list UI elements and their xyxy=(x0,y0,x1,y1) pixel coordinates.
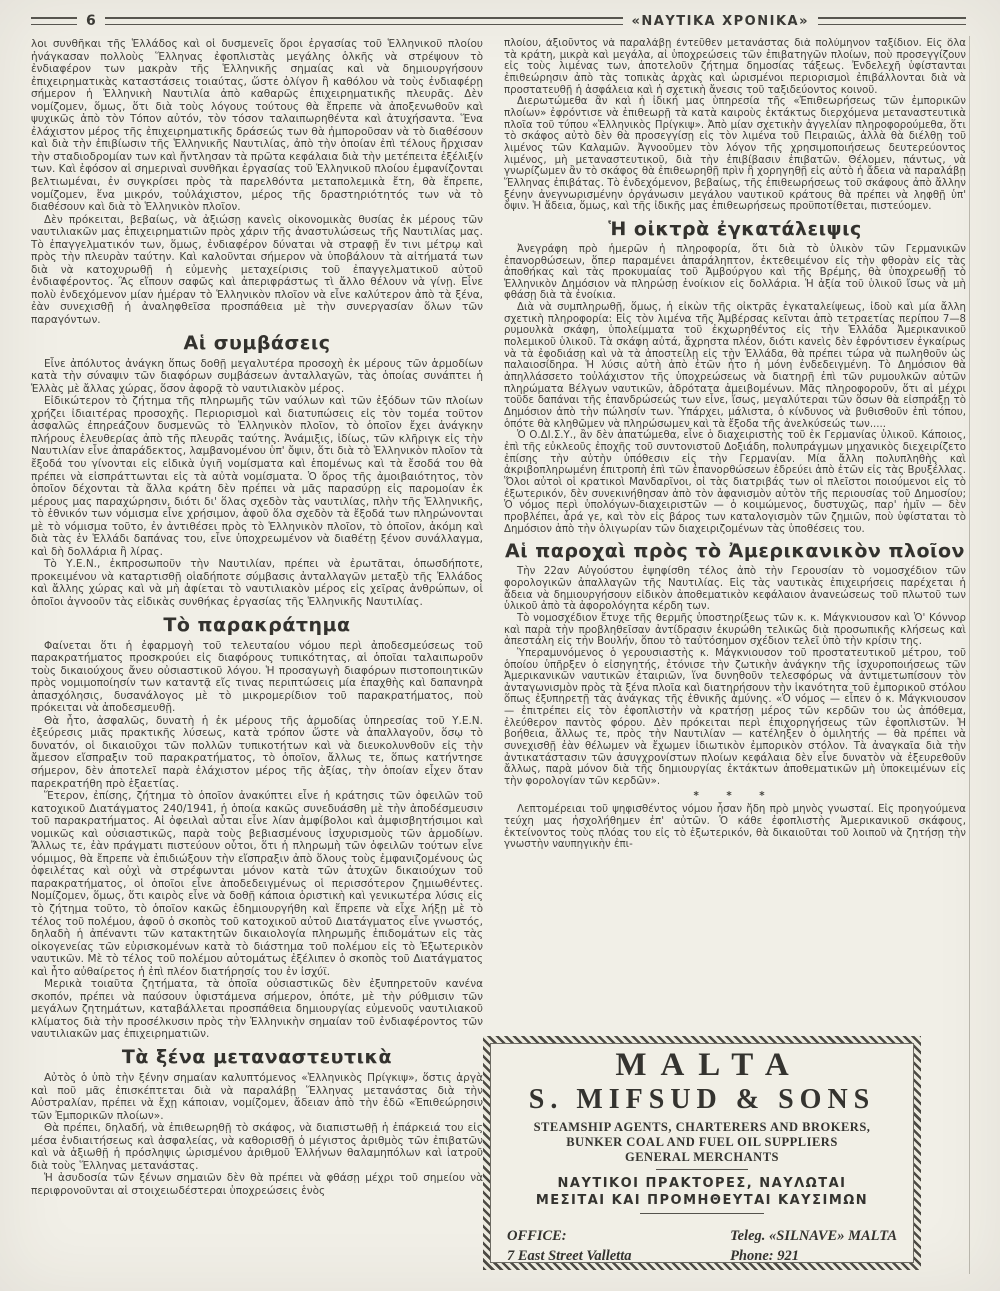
paragraph: λοι συνθῆκαι τῆς Ἑλλάδος καὶ οἱ δυσμενεῖ… xyxy=(31,38,483,214)
heading-ai-symvaseis: Αἱ συμβάσεις xyxy=(31,333,483,354)
paragraph: Θὰ ἦτο, ἀσφαλῶς, δυνατὴ ἡ ἐκ μέρους τῆς … xyxy=(31,715,483,790)
paragraph: Θὰ πρέπει, δηλαδή, νὰ ἐπιθεωρηθῇ τὸ σκάφ… xyxy=(31,1122,483,1172)
page-number: 6 xyxy=(86,13,96,29)
paragraph: Τὸ νομοσχέδιον ἔτυχε τῆς θερμῆς ὑποστηρί… xyxy=(504,613,966,648)
article-continuation-text: λοι συνθῆκαι τῆς Ἑλλάδος καὶ οἱ δυσμενεῖ… xyxy=(31,38,483,327)
ad-english-line: GENERAL MERCHANTS xyxy=(491,1150,913,1165)
ad-telegram-phone-block: Teleg. «SILNAVE» MALTA Phone: 921 xyxy=(730,1226,897,1266)
section-symvaseis-text: Εἶνε ἀπόλυτος ἀνάγκη ὅπως δοθῇ μεγαλυτέρ… xyxy=(31,358,483,609)
metanasteftika-continuation-text: πλοίου, ἀξιοῦντος νὰ παραλάβῃ ἐντεῦθεν μ… xyxy=(504,38,966,213)
paragraph: Ἕτερον, ἐπίσης, ζήτημα τὸ ὁποῖον ἀνακύπτ… xyxy=(31,790,483,978)
page-header: 6 «ΝΑΥΤΙΚΑ ΧΡΟΝΙΚΑ» xyxy=(31,13,966,29)
paragraph: * * * xyxy=(504,791,966,803)
ad-telegram: Teleg. «SILNAVE» MALTA xyxy=(730,1226,897,1246)
ad-greek-line: ΝΑΥΤΙΚΟΙ ΠΡΑΚΤΟΡΕΣ, ΝΑΥΛΩΤΑΙ xyxy=(491,1175,913,1192)
header-rule-right xyxy=(818,17,966,25)
ad-office-block: OFFICE: 7 East Street Valletta xyxy=(507,1226,631,1266)
section-metanasteftika-text: Αὐτὸς ὁ ὑπὸ τὴν ξένην σημαίαν καλυπτόμεν… xyxy=(31,1072,483,1197)
paragraph: Ἀνεγράφη πρὸ ἡμερῶν ἡ πληροφορία, ὅτι δι… xyxy=(504,244,966,302)
header-rule-left xyxy=(31,17,77,25)
ad-title-malta: MALTA xyxy=(491,1047,913,1084)
section-parakratima-text: Φαίνεται ὅτι ἡ ἐφαρμογὴ τοῦ τελευταίου ν… xyxy=(31,640,483,1042)
paragraph: πλοίου, ἀξιοῦντος νὰ παραλάβῃ ἐντεῦθεν μ… xyxy=(504,38,966,96)
heading-i-oiktra-egkataleipsis: Ἡ οἰκτρὰ ἐγκατάλειψις xyxy=(504,219,966,240)
section-parochai-text: Τὴν 22αν Αὐγούστου ἐψηφίσθη τέλος ἀπὸ τὴ… xyxy=(504,566,966,851)
ad-divider xyxy=(656,1169,748,1170)
ad-greek-line: ΜΕΣΙΤΑΙ ΚΑΙ ΠΡΟΜΗΘΕΥΤΑΙ ΚΑΥΣΙΜΩΝ xyxy=(491,1192,913,1209)
paragraph: Ἡ ἀσυδοσία τῶν ξένων σημαιῶν δὲν θὰ πρέπ… xyxy=(31,1172,483,1197)
paragraph: Τὸ Υ.Ε.Ν., ἐκπροσωποῦν τὴν Ναυτιλίαν, πρ… xyxy=(31,558,483,608)
paragraph: Φαίνεται ὅτι ἡ ἐφαρμογὴ τοῦ τελευταίου ν… xyxy=(31,640,483,715)
heading-ta-xena-metanasteftika: Τὰ ξένα μεταναστευτικὰ xyxy=(31,1047,483,1068)
paragraph: Διερωτώμεθα ἂν καὶ ἡ ἰδική μας ὑπηρεσία … xyxy=(504,96,966,213)
masthead-title: «ΝΑΥΤΙΚΑ ΧΡΟΝΙΚΑ» xyxy=(632,14,809,29)
advertisement-mifsud-sons: MALTA S. MIFSUD & SONS STEAMSHIP AGENTS,… xyxy=(483,1036,921,1270)
right-column: πλοίου, ἀξιοῦντος νὰ παραλάβῃ ἐντεῦθεν μ… xyxy=(504,38,966,1022)
heading-to-parakratima: Τὸ παρακράτημα xyxy=(31,615,483,636)
ad-title-mifsud-sons: S. MIFSUD & SONS xyxy=(491,1084,913,1115)
right-column-text: πλοίου, ἀξιοῦντος νὰ παραλάβῃ ἐντεῦθεν μ… xyxy=(504,38,966,1022)
ad-contact-row: OFFICE: 7 East Street Valletta Teleg. «S… xyxy=(491,1219,913,1266)
ad-english-services: STEAMSHIP AGENTS, CHARTERERS AND BROKERS… xyxy=(491,1120,913,1165)
section-egkataleipsis-text: Ἀνεγράφη πρὸ ἡμερῶν ἡ πληροφορία, ὅτι δι… xyxy=(504,244,966,535)
header-rule-middle xyxy=(105,17,623,25)
heading-ai-parochai: Αἱ παροχαὶ πρὸς τὸ Ἀμερικανικὸν πλοῖον xyxy=(504,541,966,562)
paragraph: Ὑπεραμυνόμενος ὁ γερουσιαστὴς κ. Μάγκνιο… xyxy=(504,648,966,788)
paragraph: Εἰδικώτερον τὸ ζήτημα τῆς πληρωμῆς τῶν ν… xyxy=(31,395,483,558)
paragraph: Ὁ Ο.ΔΙ.Σ.Υ., ἂν δὲν ἀπατώμεθα, εἶνε ὁ δι… xyxy=(504,430,966,535)
ad-english-line: BUNKER COAL AND FUEL OIL SUPPLIERS xyxy=(491,1135,913,1150)
ad-office-label: OFFICE: xyxy=(507,1226,631,1246)
paragraph: Μερικὰ τοιαῦτα ζητήματα, τὰ ὁποῖα οὐσιασ… xyxy=(31,978,483,1041)
ad-divider xyxy=(640,1213,764,1214)
scanned-page-edge xyxy=(969,36,971,1274)
paragraph: Δὲν πρόκειται, βεβαίως, νὰ ἀξιώσῃ κανεὶς… xyxy=(31,214,483,327)
magazine-page: 6 «ΝΑΥΤΙΚΑ ΧΡΟΝΙΚΑ» λοι συνθῆκαι τῆς Ἑλλ… xyxy=(0,0,1000,1291)
paragraph: Αὐτὸς ὁ ὑπὸ τὴν ξένην σημαίαν καλυπτόμεν… xyxy=(31,1072,483,1122)
ad-english-line: STEAMSHIP AGENTS, CHARTERERS AND BROKERS… xyxy=(491,1120,913,1135)
ad-office-address: 7 East Street Valletta xyxy=(507,1246,631,1266)
paragraph: Λεπτομέρειαι τοῦ ψηφισθέντος νόμου ἦσαν … xyxy=(504,804,966,851)
ad-phone: Phone: 921 xyxy=(730,1246,897,1266)
advertisement-frame: MALTA S. MIFSUD & SONS STEAMSHIP AGENTS,… xyxy=(490,1043,914,1263)
paragraph: Τὴν 22αν Αὐγούστου ἐψηφίσθη τέλος ἀπὸ τὴ… xyxy=(504,566,966,613)
paragraph: Εἶνε ἀπόλυτος ἀνάγκη ὅπως δοθῇ μεγαλυτέρ… xyxy=(31,358,483,396)
ad-greek-services: ΝΑΥΤΙΚΟΙ ΠΡΑΚΤΟΡΕΣ, ΝΑΥΛΩΤΑΙ ΜΕΣΙΤΑΙ ΚΑΙ… xyxy=(491,1175,913,1209)
paragraph: Διὰ νὰ συμπληρωθῇ, ὅμως, ἡ εἰκὼν τῆς οἰκ… xyxy=(504,302,966,430)
left-column: λοι συνθῆκαι τῆς Ἑλλάδος καὶ οἱ δυσμενεῖ… xyxy=(31,38,483,1281)
